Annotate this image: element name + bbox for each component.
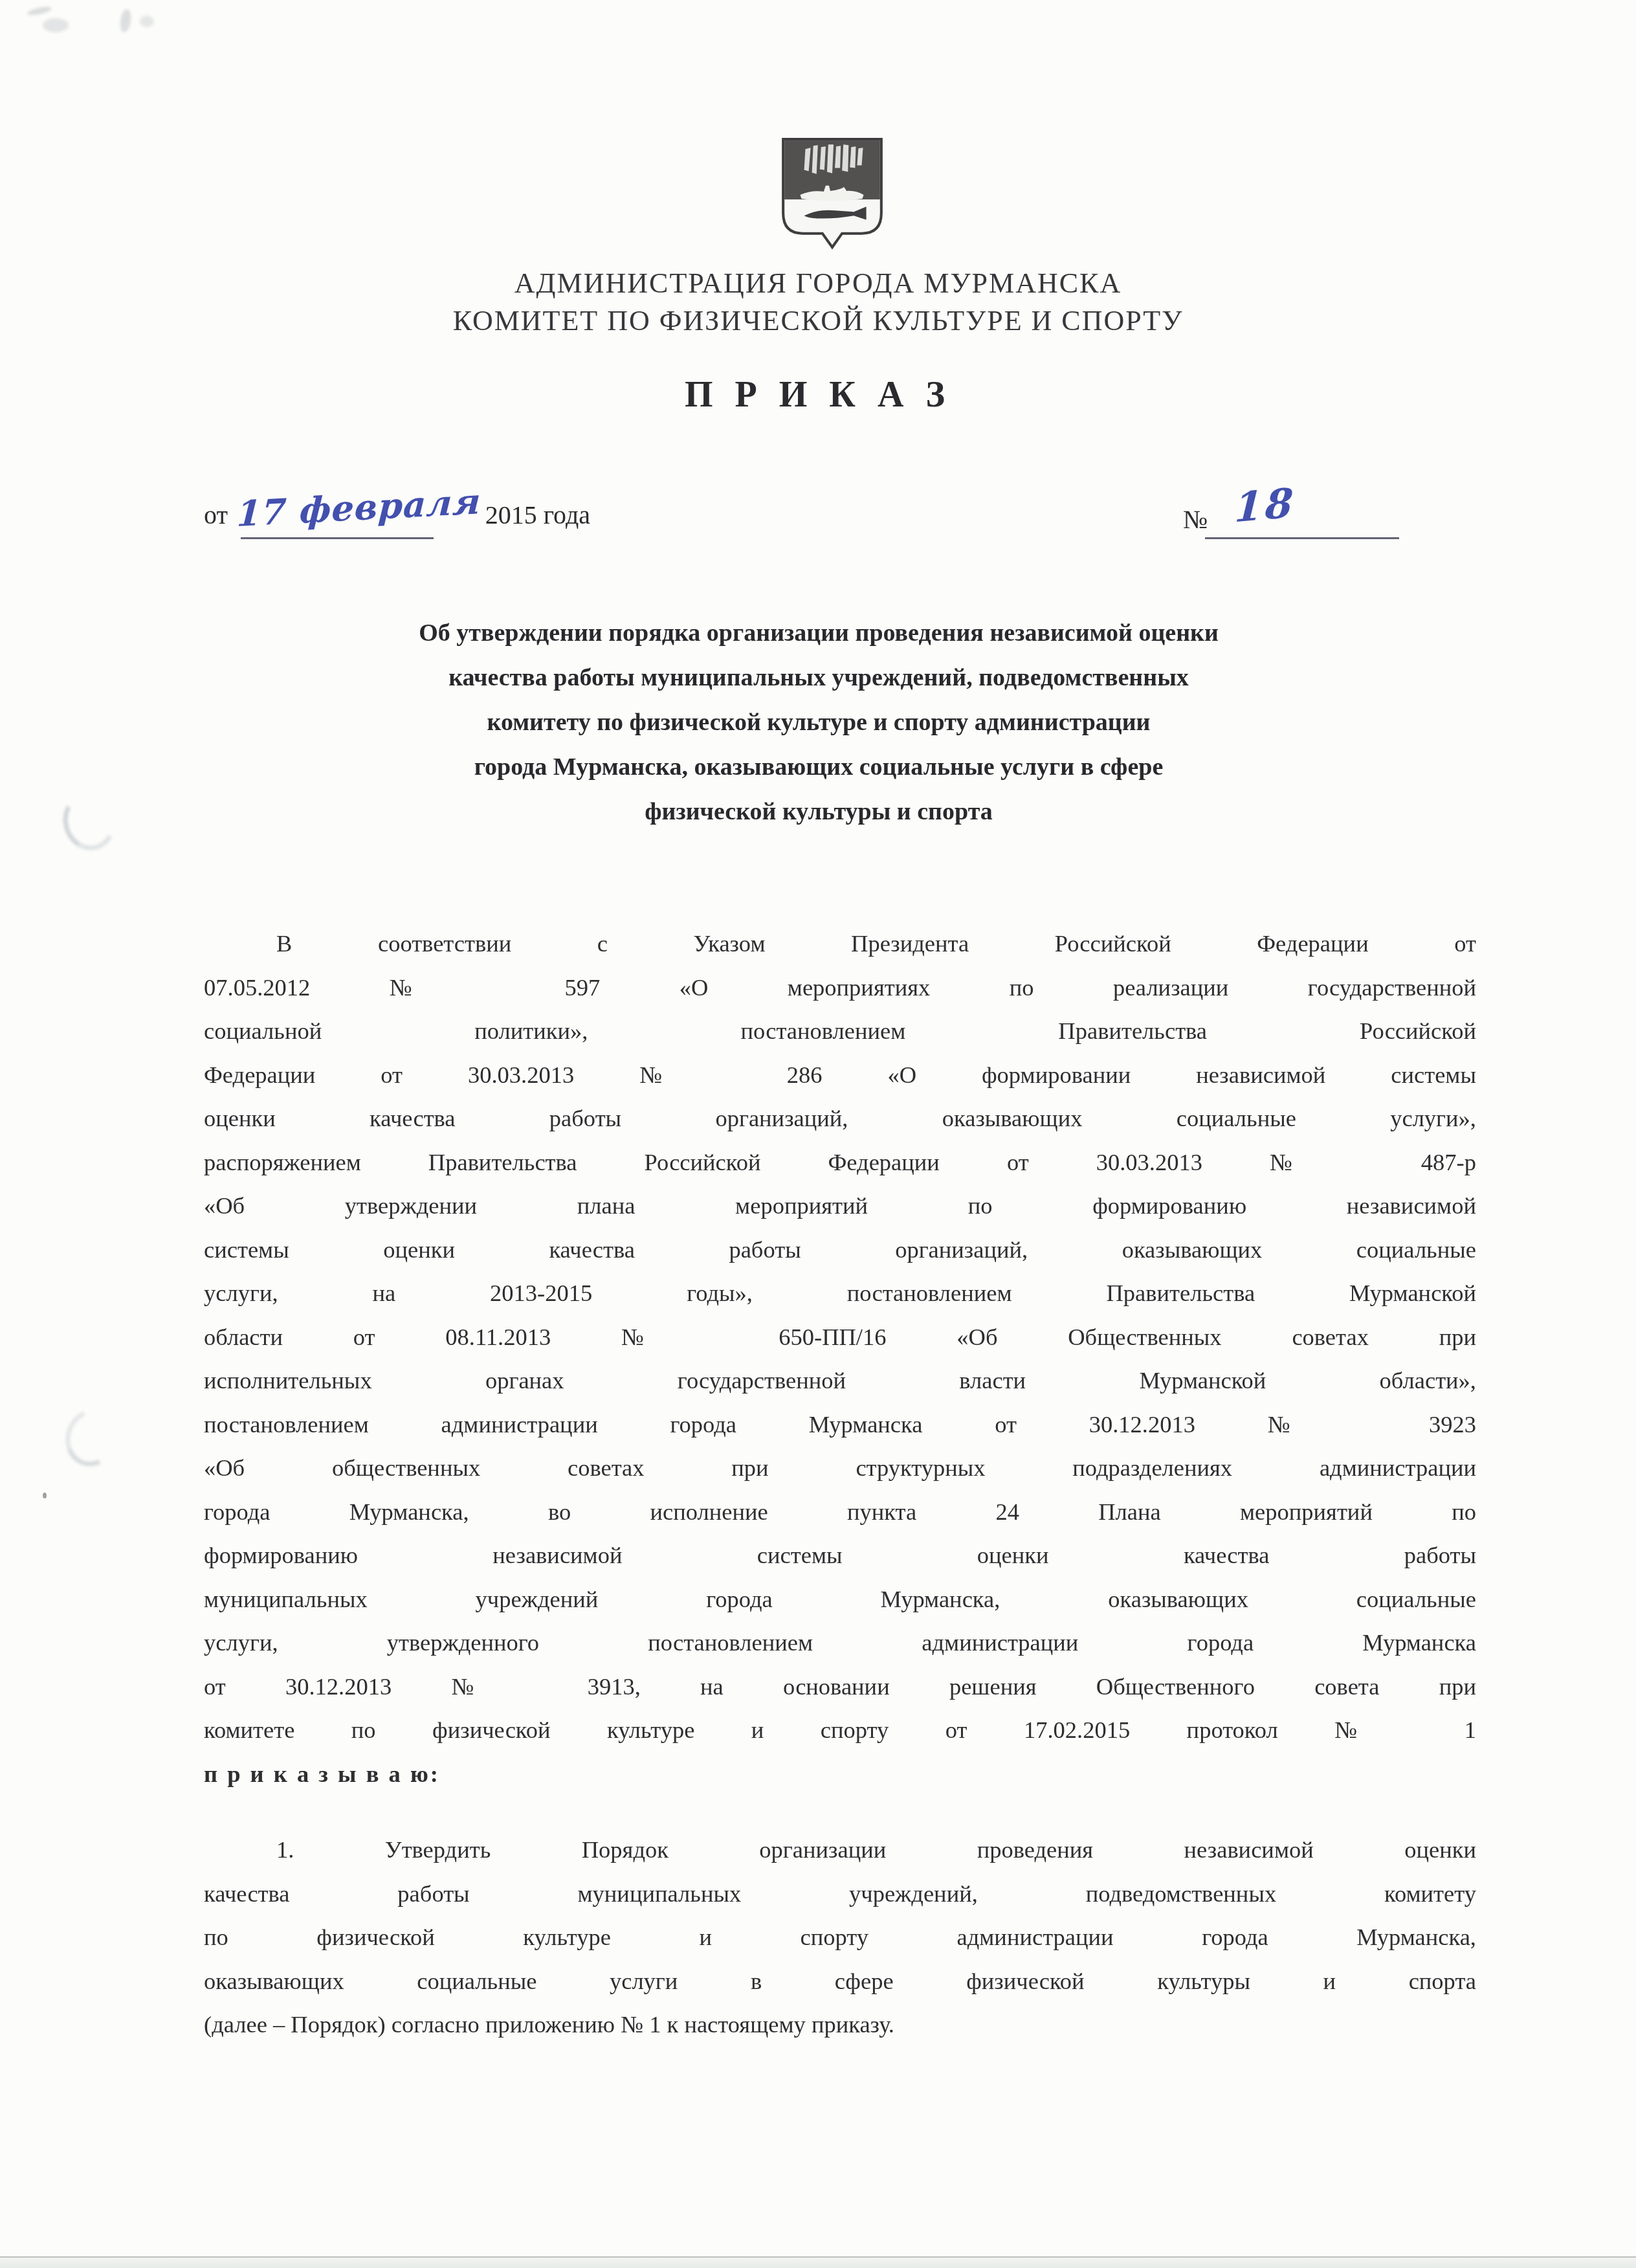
date-suffix: 2015 года (485, 500, 590, 529)
body-line: постановлением администрации города Мурм… (204, 1403, 1476, 1447)
pencil-smudge (119, 8, 133, 33)
scan-edge-artifact (0, 2256, 1636, 2268)
pencil-smudge (27, 5, 52, 17)
body-line: оценки качества работы организаций, оказ… (204, 1096, 1476, 1140)
body-line: «Об общественных советах при структурных… (204, 1446, 1476, 1490)
org-name-line-1: АДМИНИСТРАЦИЯ ГОРОДА МУРМАНСКА (0, 267, 1636, 300)
item1-line: (далее – Порядок) согласно приложению № … (204, 2003, 1476, 2047)
preamble-paragraph: В соответствии с Указом Президента Росси… (204, 922, 1476, 1795)
title-line: физической культуры и спорта (194, 790, 1443, 834)
body-line: услуги, на 2013-2015 годы», постановлени… (204, 1271, 1476, 1315)
order-item-1: 1. Утвердить Порядок организации проведе… (204, 1828, 1476, 2047)
body-line: социальной политики», постановлением Пра… (204, 1009, 1476, 1053)
body-line: системы оценки качества работы организац… (204, 1228, 1476, 1272)
body-line: от 30.12.2013 № 3913, на основании решен… (204, 1665, 1476, 1709)
body-line: Федерации от 30.03.2013 № 286 «О формиро… (204, 1053, 1476, 1097)
body-line: комитете по физической культуре и спорту… (204, 1708, 1476, 1752)
item1-line: качества работы муниципальных учреждений… (204, 1872, 1476, 1916)
number-underline (1205, 537, 1399, 539)
date-prefix: от (204, 500, 228, 529)
document-type-heading: П Р И К А З (0, 374, 1636, 416)
punch-shadow-artifact (57, 786, 122, 856)
pencil-smudge (43, 18, 69, 32)
body-line: области от 08.11.2013 № 650-ПП/16 «Об Об… (204, 1315, 1476, 1359)
number-line: №18 (1183, 491, 1296, 538)
order-title: Об утверждении порядка организации прове… (194, 611, 1443, 834)
body-line: исполнительных органах государственной в… (204, 1359, 1476, 1403)
scanned-order-page: АДМИНИСТРАЦИЯ ГОРОДА МУРМАНСКА КОМИТЕТ П… (0, 0, 1636, 2268)
title-line: города Мурманска, оказывающих социальные… (194, 745, 1443, 790)
decree-word-line: п р и к а з ы в а ю: (204, 1752, 1476, 1796)
org-name-line-2: КОМИТЕТ ПО ФИЗИЧЕСКОЙ КУЛЬТУРЕ И СПОРТУ (0, 304, 1636, 337)
date-line: от17 февраля2015 года (204, 491, 590, 532)
pencil-smudge (140, 16, 154, 27)
body-line: услуги, утвержденного постановлением адм… (204, 1621, 1476, 1665)
handwritten-number: 18 (1233, 479, 1297, 532)
ink-speck-artifact (43, 1493, 47, 1498)
body-line: муниципальных учреждений города Мурманск… (204, 1577, 1476, 1621)
title-line: Об утверждении порядка организации прове… (194, 611, 1443, 656)
item1-line: по физической культуре и спорту админист… (204, 1915, 1476, 1959)
punch-shadow-artifact (57, 1401, 127, 1474)
body-line: «Об утверждении плана мероприятий по фор… (204, 1184, 1476, 1228)
body-line: города Мурманска, во исполнение пункта 2… (204, 1490, 1476, 1534)
murmansk-coat-of-arms-icon (777, 136, 888, 252)
title-line: качества работы муниципальных учреждений… (194, 656, 1443, 700)
title-line: комитету по физической культуре и спорту… (194, 700, 1443, 745)
body-line: распоряжением Правительства Российской Ф… (204, 1140, 1476, 1184)
handwritten-date: 17 февраля (236, 480, 483, 535)
body-line: 07.05.2012 № 597 «О мероприятиях по реал… (204, 966, 1476, 1010)
item1-line: оказывающих социальные услуги в сфере фи… (204, 1959, 1476, 2003)
body-line: формированию независимой системы оценки … (204, 1533, 1476, 1577)
body-line: В соответствии с Указом Президента Росси… (204, 922, 1476, 966)
date-underline (241, 537, 434, 539)
item1-line: 1. Утвердить Порядок организации проведе… (204, 1828, 1476, 1872)
number-label: № (1183, 505, 1208, 534)
